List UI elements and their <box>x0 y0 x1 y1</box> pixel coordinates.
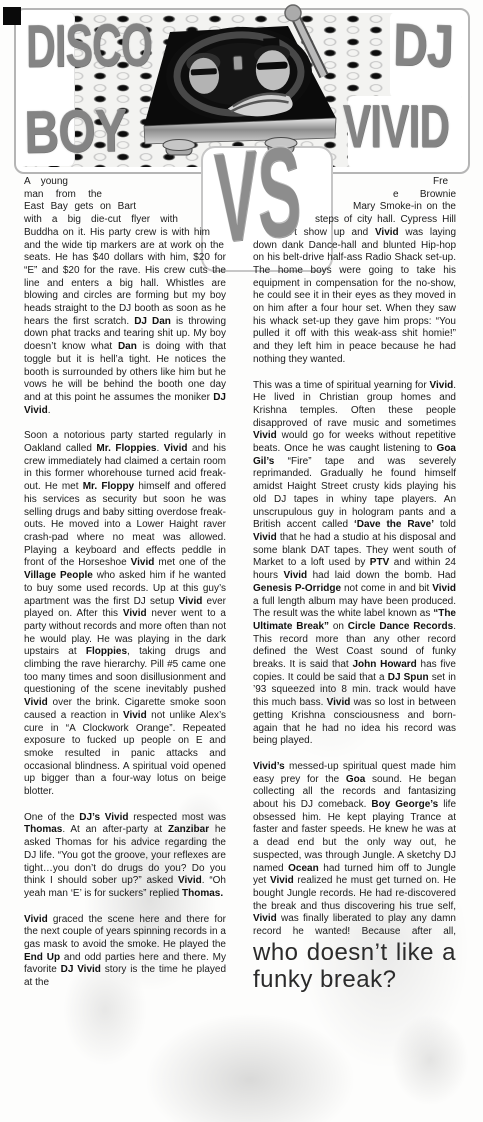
corner-black-square <box>3 7 21 25</box>
zine-page: DISCO BOY DJ VIVID <box>0 0 483 1122</box>
foot-right-top <box>265 138 297 149</box>
wrap-spacer <box>136 201 226 214</box>
header-banner: DISCO BOY DJ VIVID <box>0 0 483 182</box>
wrap-spacer <box>178 214 226 227</box>
paragraph: Vivid’s messed-up spiritual quest made h… <box>253 761 456 993</box>
wrap-spacer <box>210 227 226 240</box>
wrap-spacer <box>253 189 393 202</box>
title-disco: DISCO <box>26 10 152 81</box>
title-vivid: VIVID <box>343 92 449 161</box>
paragraph: One of the DJ’s Vivid respected most was… <box>24 812 226 901</box>
can <box>233 56 243 70</box>
article-left-column: A young man from the East Bay gets on Ba… <box>24 176 226 990</box>
tone-arm-knob <box>285 5 301 21</box>
wrap-spacer <box>68 176 226 189</box>
wrap-spacer <box>253 176 433 189</box>
paragraph: Vivid graced the scene here and there fo… <box>24 914 226 990</box>
turntable-illustration <box>136 4 350 166</box>
wrap-spacer <box>102 189 226 202</box>
article-right-column: Fre e Brownie Mary Smoke-in on the steps… <box>253 176 456 993</box>
paragraph: Soon a notorious party started regularly… <box>24 430 226 798</box>
title-dj: DJ <box>393 10 454 81</box>
title-boy: BOY <box>24 96 127 167</box>
wrap-spacer <box>253 214 315 227</box>
foot-left-top <box>163 140 195 151</box>
paragraph: This was a time of spiritual yearning fo… <box>253 380 456 748</box>
wrap-spacer <box>253 227 273 240</box>
wrap-spacer <box>224 239 226 252</box>
wrap-spacer <box>253 201 353 214</box>
